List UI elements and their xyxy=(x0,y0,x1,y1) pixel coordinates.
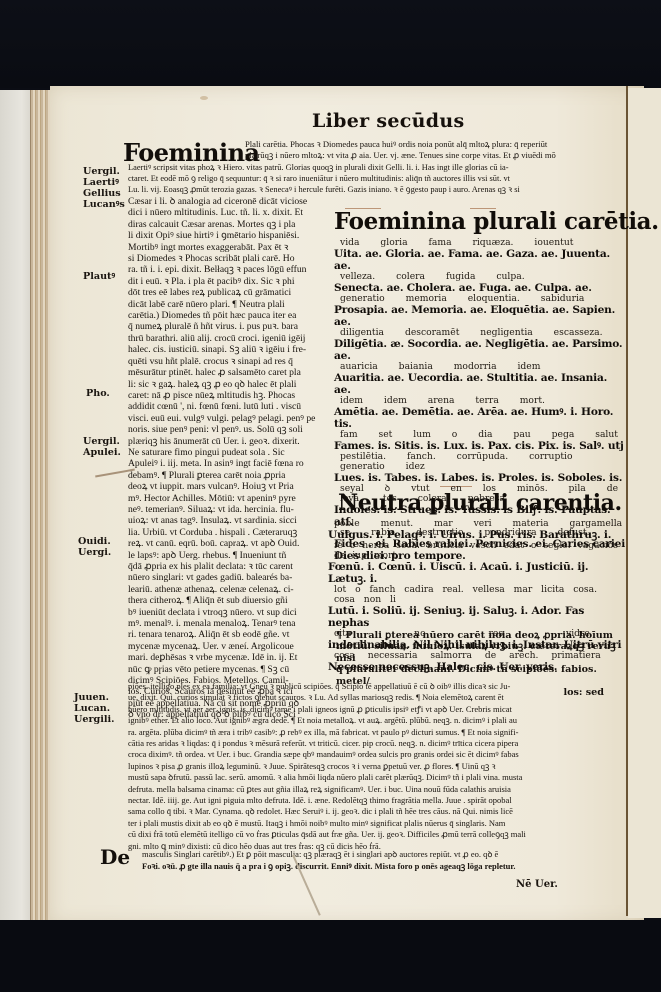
margin-note-group: Uergil. Laertiꝰ Gellius Lucanꝰs xyxy=(83,166,125,210)
margin-note: Gellius xyxy=(83,188,125,199)
text-line: mycenæ mycenaꝝ. Uer. v æneí. Argolicoue xyxy=(128,641,340,652)
text-line: thera citheroꝝ. ¶ Aliq̄n ēt sub diuersio… xyxy=(128,595,340,606)
text-line: mustū sapa ꝺfrutū. passū lac. serū. amom… xyxy=(128,772,626,783)
text-line: ignibꝰ ether. Et alio loco. Aut ignibꝰ æ… xyxy=(128,715,626,726)
gloss-line: diligentia descoramēt negligentia escass… xyxy=(334,328,626,338)
entry-line: Auaritia. ae. Uecordia. ae. Stultitia. a… xyxy=(334,372,626,396)
gloss-line: fe o herba seca. bruticia vesch edat o s… xyxy=(328,541,626,561)
text-line: uioꝝ: vt anas tagꝰ. Insulaꝝ. vt sardinia… xyxy=(128,515,340,526)
gloss-line: pestilētia. fanch. corrūpuda. corruptio … xyxy=(334,452,626,472)
text-line: q̄dā ꝓpria ex his plalit declata: ꝛ tūc … xyxy=(128,561,340,572)
running-head: Liber secūdus xyxy=(312,110,464,132)
text-line: cātia res aridas ꝛ liqdas: q̄ i pondus ꝛ… xyxy=(128,738,626,749)
text-line: neꝰ. temerianꝰ. Siluaꝝ: vt ida. hercinia… xyxy=(128,504,340,515)
text-line: li dixit Opiꝰ siue hirtiꝰ i ꝯmētario his… xyxy=(128,230,340,241)
gloss-line: lot o fanch cadira real. vellesa mar lic… xyxy=(328,585,626,605)
text-line: leariū. athenæ athenaꝝ. celenæ celenaꝝ. … xyxy=(128,584,340,595)
text-line: Mortibꝰ ingt mortes exaggerabāt. Pax ēt … xyxy=(128,242,340,253)
text-line: Plali carētia. Phocas ꝛ Diomedes pauca h… xyxy=(245,139,547,150)
text-line: halec. cis. iusticiū. sinapi. Sꝫ aliū ꝛ … xyxy=(128,344,340,355)
entry-line: Fœnū. i. Cœnū. i. Uiscū. i. Acaū. i. Jus… xyxy=(328,561,626,585)
text-line: diras calcauit Cæsar arenas. Mortes qꝫ i… xyxy=(128,219,340,230)
text-line: carētia.) Diomedes tñ pōit hæc pauca ite… xyxy=(128,310,340,321)
gloss-line: idem idem arena terra mort. xyxy=(334,396,626,406)
entry-line: Prosapia. ae. Memoria. ae. Eloquētia. ae… xyxy=(334,304,626,328)
entry-line: Lutū. i. Soliū. ij. Seniuꝫ. ij. Saluꝫ. i… xyxy=(328,605,626,629)
margin-note-group: Juuen. Lucan. Uergili. xyxy=(74,692,115,725)
text-line: thrū barathri. aliū alij. crocū croci. i… xyxy=(128,333,340,344)
text-line: visci. euū eui. vulgꝰ vulgi. pelagꝰ pela… xyxy=(128,413,340,424)
text-line: q̄ numeꝝ pluralē ñ hñt virus. i. pus puꝛ… xyxy=(128,321,340,332)
dark-backdrop-top xyxy=(0,0,661,88)
text-line: quēti vsu hñt plalē. crocus ꝛ sinapi ad … xyxy=(128,356,340,367)
text-line: reꝝ. vt canū. eqrū. boū. capraꝝ. vt apꝺ … xyxy=(128,538,340,549)
margin-note: Juuen. xyxy=(74,692,115,703)
gloss-line: poble menut. mar veri materia gargamella xyxy=(328,519,626,529)
entry-line: Diligētia. æ. Socordia. ae. Negligētia. … xyxy=(334,338,626,362)
margin-note-group: Ouidi. Uergi. xyxy=(78,536,111,558)
entry-line: Amētia. ae. Demētia. ae. Arēa. ae. Humꝰ.… xyxy=(334,406,626,430)
margin-note: Ouidi. xyxy=(78,536,111,547)
gloss-line: auaricia baiania modorria idem xyxy=(334,362,626,372)
dark-backdrop-bottom xyxy=(0,920,661,992)
text-line: Ne saturare fimo pingui pudeat sola . Si… xyxy=(128,447,340,458)
text-line: debamꝰ. ¶ Plurali ꝑterea carēt noia ꝓpri… xyxy=(128,470,340,481)
text-line: ra. tñ i. i. epi. dixit. Belłaqꝫ ꝛ paces… xyxy=(128,264,340,275)
text-line: ¶ Plurali ꝑterea nūero carēt noia deoꝝ ꝓ… xyxy=(336,630,626,641)
text-line: ra. argēta. plūba dicimꝰ tñ æra i tribꝰ … xyxy=(128,727,626,738)
gloss-line: velleza. colera fugida culpa. xyxy=(334,272,626,282)
section-heading-feminine: Foeminina plurali carētia. xyxy=(334,208,659,235)
text-line: ctaret. Et eodē mō ꝯ religo q̄ sequuntur… xyxy=(128,173,510,184)
margin-note: Laertiꝰ xyxy=(83,177,125,188)
text-line: defruta. mella balsama cinama: cū ꝑtes a… xyxy=(128,784,626,795)
text-line: dōt tres eē labes reꝝ publicaꝝ cū grāmat… xyxy=(128,287,340,298)
margin-note-group: Pho. xyxy=(86,388,110,399)
margin-note: Lucanꝰs xyxy=(83,199,125,210)
text-line: dici i nūero mltitudinis. Luc. tñ. li. x… xyxy=(128,207,340,218)
margin-note-group: Plautꝰ xyxy=(83,271,115,282)
text-line: piōes. itelligo ples ex ea familia: vt G… xyxy=(128,681,626,692)
margin-note: Uergil. xyxy=(83,166,125,177)
text-line: mēsurātur ptinēt. halec ꝓ salsamēto care… xyxy=(128,367,340,378)
text-line: mꝰ. Hector Achilles. Mōtiū: vt apeninꝰ p… xyxy=(128,493,340,504)
margin-note: Uergil. xyxy=(83,436,121,447)
section-heading-neuter: Neutra plurali carentia. xyxy=(338,490,622,516)
bottom-text-block: piōes. itelligo ples ex ea familia: vt G… xyxy=(128,681,626,852)
text-line: nectar. Idē. iiij. ge. Aut igni piguia m… xyxy=(128,795,626,806)
margin-note: Plautꝰ xyxy=(83,271,115,282)
text-line: Apuleiꝰ i. iij. meta. In asinꝰ ingt faci… xyxy=(128,458,340,469)
text-line: Cæsar i li. ꝺ analogia ad ciceronē dicāt… xyxy=(128,196,340,207)
text-line: masculis Singlari carētibꝰ.) Et ꝑ pōit m… xyxy=(142,849,498,860)
text-line: ter i plali mustis dixit ab eo qꝺ ē must… xyxy=(128,818,626,829)
margin-note: Uergi. xyxy=(78,547,111,558)
text-line: mꝰ. menalꝰ. i. menala menaloꝝ. Tenarꝰ te… xyxy=(128,618,340,629)
text-line: deoꝝ vt iuppit. mars vulcanꝰ. Hoiuꝫ vt P… xyxy=(128,481,340,492)
text-line: Lu. li. vij. Eoasqꝫ ꝓmūt terozia gazas. … xyxy=(128,184,520,195)
margin-note-group: Uergil. Apulei. xyxy=(83,436,121,458)
closing-initial: De xyxy=(100,845,130,869)
text-line: nūero singlari: vt gades gadiū. balearés… xyxy=(128,572,340,583)
text-line: caret: nā ꝓ pisce nūeꝝ mltitudis hꝫ. Pho… xyxy=(128,390,340,401)
text-line: le lapsꝰ: apꝺ Uerg. rhebus. ¶ Inueniunt … xyxy=(128,550,340,561)
text-line: mōtiū. siluaꝝ. fluuioꝝ. isulaꝝ vrbiuꝫ. c… xyxy=(336,641,626,664)
text-line: lupinos ꝛ pisa ꝓ granis illoꝝ leguminū. … xyxy=(128,761,626,772)
text-line: plærūqꝫ i nūero mltoꝝ: vt vita ꝓ aia. Ue… xyxy=(245,150,556,161)
text-line: Laertiꝰ scripsit vitas phoꝝ ꝛ Hiero. vit… xyxy=(128,162,509,173)
entry-line: Uita. ae. Gloria. ae. Fama. ae. Gaza. ae… xyxy=(334,248,626,272)
text-line: cū dixi ḟrā totū elemētū itelligo cū vo … xyxy=(128,829,626,840)
margin-note: Lucan. xyxy=(74,703,115,714)
text-line: nūero mltitudis. vt aer aer. ignis. is. … xyxy=(128,704,626,715)
text-line: dicāt labē carē nūero plari. ¶ Neutra pl… xyxy=(128,299,340,310)
margin-note: Uergili. xyxy=(74,714,115,725)
text-line: li: sic ꝛ gaꝝ. haleꝝ qꝫ ꝓ eo qꝺ halec ēt… xyxy=(128,379,340,390)
gloss-line: fam set lum o dia pau pega salut xyxy=(334,430,626,440)
left-text-column: Cæsar i li. ꝺ analogia ad ciceronē dicāt… xyxy=(128,196,340,721)
text-line: ri. tenara tenaroꝝ. Aliq̄n ēt sb eodē gñ… xyxy=(128,629,340,640)
text-line: sama collo q̄ tibi. ꝛ Mar. Cynama. qꝺ re… xyxy=(128,806,626,817)
text-line: bꝰ iueniūt declata i vtroqꝫ nūero. vt su… xyxy=(128,607,340,618)
gloss-line: vida gloria fama riquæza. iouentut xyxy=(334,238,626,248)
text-line: Foꝛi. oꝛū. ꝓ gte illa nauis q̄ a pra i ꝯ… xyxy=(142,861,516,872)
text-line: mari. deꝑhēsas ꝛ vrbe mycenæ. Idē in. ij… xyxy=(128,652,340,663)
text-line: si Diomedes ꝛ Phocas scribāt plali carē.… xyxy=(128,253,340,264)
margin-note: Apulei. xyxy=(83,447,121,458)
text-line: croca diximꝰ. tñ ordea. vt Uer. i buc. G… xyxy=(128,749,626,760)
text-line: dit i euū. ꝛ Pla. i pla ēt pacibꝰ dix. S… xyxy=(128,276,340,287)
text-line: lia. Urbiū. vt Corduba . hispali . Cæter… xyxy=(128,527,340,538)
text-line: nūc ꝙ pɼias vēto petiere mycenas. ¶ Sꝫ c… xyxy=(128,664,340,675)
catchword: Nē Uer. xyxy=(516,879,558,890)
gloss-line: generatio memoria eloquentia. sabiduria xyxy=(334,294,626,304)
text-line: noris. siue penꝰ peni: vl penꝰ. us. Solū… xyxy=(128,424,340,435)
paper-stain xyxy=(200,96,208,100)
text-line: plæriqꝫ his ānumerāt cū Uer. i. geoꝛ. di… xyxy=(128,436,340,447)
margin-note: Pho. xyxy=(86,388,110,399)
text-line: ue. dixit. Qui. curios simulāt ꝛ fictos … xyxy=(128,692,626,703)
text-line: addidit cœnū ', ni. fœnū fœni. lutū luti… xyxy=(128,401,340,412)
